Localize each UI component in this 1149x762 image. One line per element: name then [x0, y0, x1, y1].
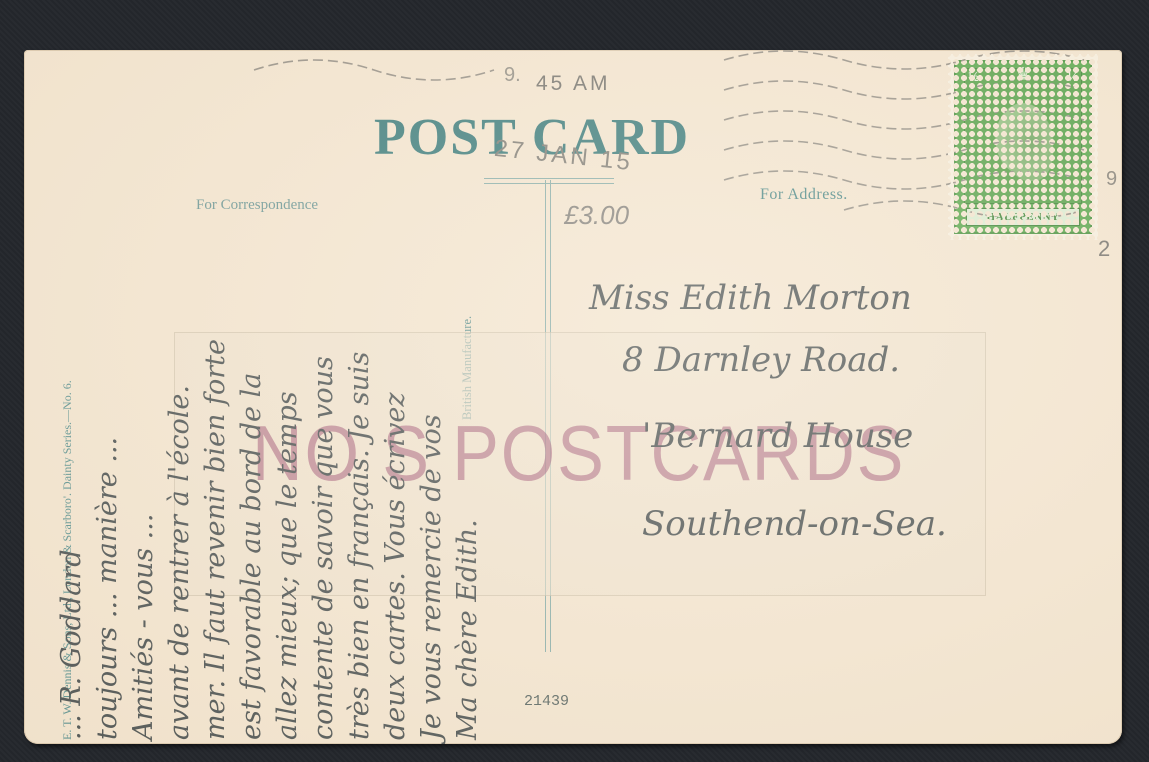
message-line: Amitiés - vous ... [126, 100, 162, 740]
postcard: POST CARD For Correspondence For Address… [24, 50, 1122, 744]
message-line: ... R. Goddard [54, 100, 90, 740]
address-line-town: Southend-on-Sea. [642, 504, 947, 544]
price-annotation: £3.00 [564, 200, 629, 231]
message-line: toujours ... manière ... [90, 100, 126, 740]
handwritten-message: ... R. Goddard toujours ... manière ... … [54, 100, 486, 740]
postmark-fragment: 2 [1098, 236, 1110, 262]
message-greeting: Ma chère Edith. [450, 100, 486, 740]
message-line: avant de rentrer à l'école. [162, 100, 198, 740]
message-line: mer. Il faut revenir bien forte [198, 100, 234, 740]
stamp-denomination: HALFPENNY [966, 208, 1080, 226]
postage-stamp: ½ ♛ ½ HALFPENNY [948, 54, 1098, 240]
postmark-fragment-upper: 9 [1106, 168, 1117, 191]
postmark-time: 45 AM [536, 72, 611, 96]
serial-number: 21439 [524, 693, 569, 710]
stamp-value-right: ½ [1068, 70, 1079, 86]
king-portrait-icon [1005, 113, 1053, 181]
postmark-hour: 9. [504, 64, 521, 87]
message-line: Je vous remercie de vos [414, 100, 450, 740]
stamp-portrait-frame [964, 68, 1082, 204]
stamp-value-left: ½ [968, 70, 979, 86]
message-line: deux cartes. Vous écrivez [378, 100, 414, 740]
message-line: est favorable au bord de la [234, 100, 270, 740]
message-line: allez mieux; que le temps [270, 100, 306, 740]
address-line-street: 8 Darnley Road. [622, 340, 900, 380]
address-line-name: Miss Edith Morton [589, 278, 912, 318]
address-label: For Address. [760, 186, 848, 204]
message-line: contente de savoir que vous [306, 100, 342, 740]
address-line-house: 'Bernard House [642, 416, 913, 456]
stamp-body: ½ ♛ ½ HALFPENNY [954, 60, 1092, 234]
crown-icon: ♛ [1015, 64, 1031, 85]
message-line: très bien en français. Je suis [342, 100, 378, 740]
